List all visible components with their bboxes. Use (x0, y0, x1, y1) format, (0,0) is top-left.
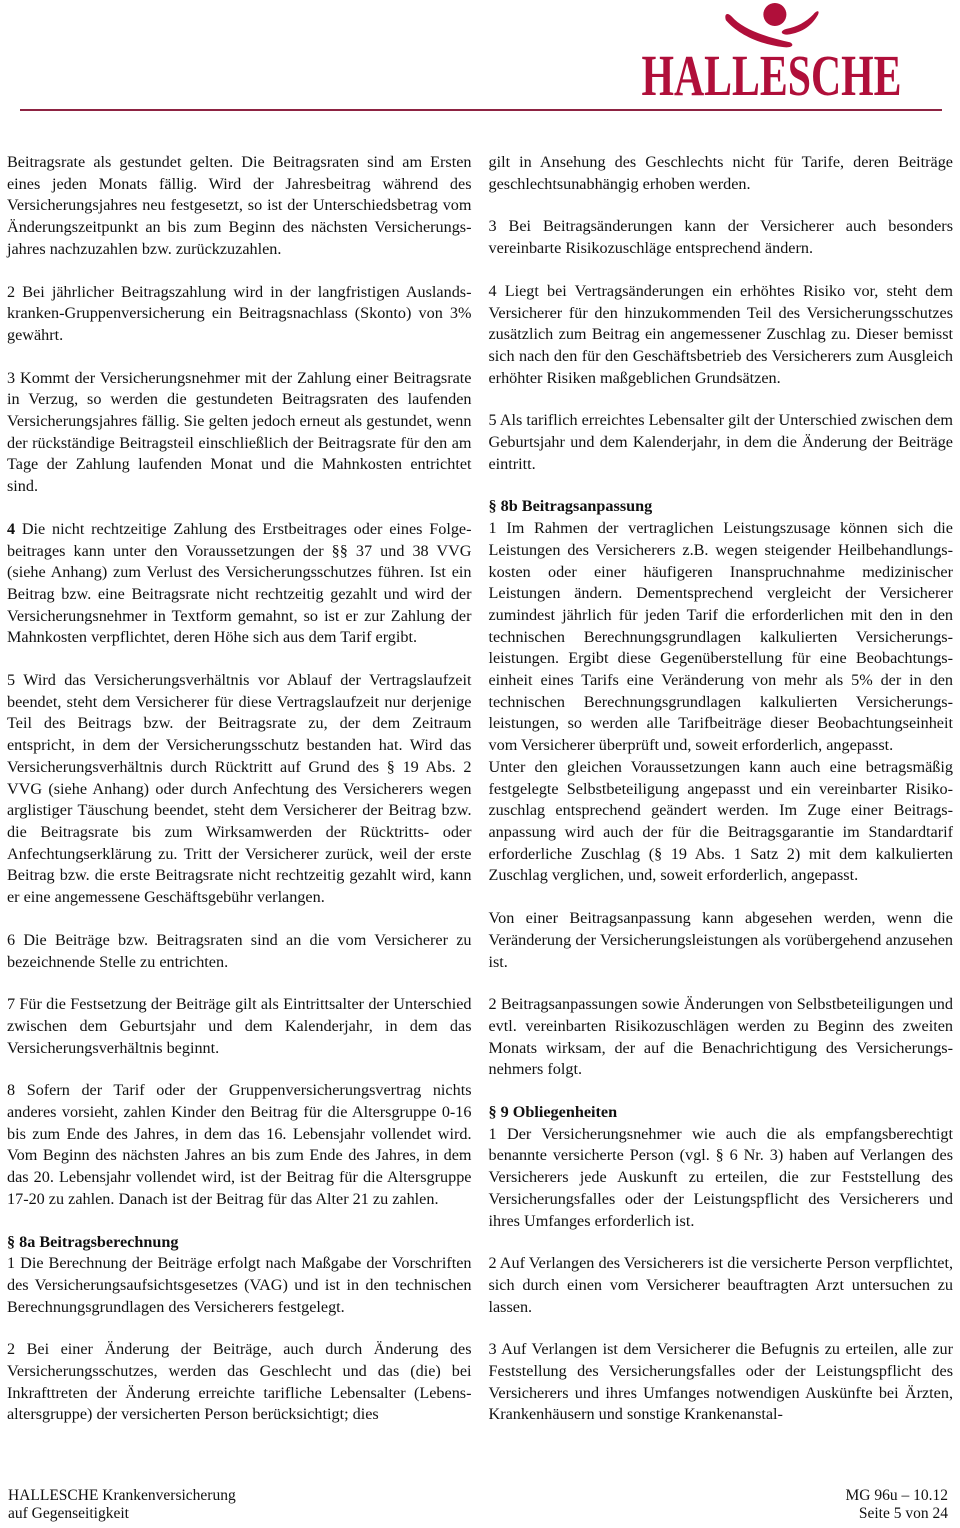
paragraph: 8 Sofern der Tarif oder der Gruppen­vers… (7, 1080, 472, 1210)
paragraph: 1 Im Rahmen der vertraglichen Leistungs­… (489, 518, 954, 757)
document-body: Beitragsrate als gestundet gelten. Die B… (7, 152, 953, 1447)
page-footer: HALLESCHE Krankenversicherung auf Gegens… (8, 1487, 948, 1522)
paragraph: 5 Wird das Versicherungs­verhältnis vor … (7, 670, 472, 909)
footer-company: HALLESCHE Krankenversicherung auf Gegens… (8, 1487, 236, 1522)
footer-company-line2: auf Gegenseitigkeit (8, 1505, 236, 1523)
section-heading-8b: § 8b Beitragsanpassung (489, 496, 954, 518)
paragraph: 3 Kommt der Versicherungs­nehmer mit der… (7, 368, 472, 498)
paragraph: 6 Die Beiträge bzw. Beitrags­raten sind … (7, 930, 472, 973)
paragraph: 1 Der Versicherungs­nehmer wie auch die … (489, 1124, 954, 1233)
left-column: Beitragsrate als gestundet gelten. Die B… (7, 152, 472, 1447)
section-heading-9: § 9 Obliegenheiten (489, 1102, 954, 1124)
paragraph-continuation: gilt in Ansehung des Geschlechts nicht f… (489, 152, 954, 195)
header-rule (20, 109, 942, 111)
paragraph: 2 Bei jährlicher Beitrags­zahlung wird i… (7, 282, 472, 347)
section-heading-8a: § 8a Beitragsberechnung (7, 1232, 472, 1254)
paragraph: 5 Als tariflich erreichtes Lebensalter g… (489, 410, 954, 475)
paragraph: 2 Bei einer Änderung der Beiträge, auch … (7, 1339, 472, 1426)
paragraph-number: 4 (7, 520, 15, 538)
hallesche-wordmark: HALLESCHE (642, 54, 902, 98)
paragraph-continuation: Beitragsrate als gestundet gelten. Die B… (7, 152, 472, 261)
footer-company-line1: HALLESCHE Krankenversicherung (8, 1487, 236, 1505)
paragraph: 4 Liegt bei Vertrags­änderungen ein erhö… (489, 281, 954, 390)
paragraph: 2 Auf Verlangen des Versicherers ist die… (489, 1253, 954, 1318)
paragraph: 3 Bei Beitrags­änderungen kann der Versi… (489, 216, 954, 259)
right-column: gilt in Ansehung des Geschlechts nicht f… (489, 152, 954, 1447)
document-page: HALLESCHE Beitragsrate als gestundet gel… (0, 0, 960, 1528)
paragraph: 7 Für die Festsetzung der Beiträge gilt … (7, 994, 472, 1059)
paragraph: 3 Auf Verlangen ist dem Versicherer die … (489, 1339, 954, 1426)
footer-doc-code: MG 96u – 10.12 (846, 1487, 948, 1505)
footer-page-number: Seite 5 von 24 (846, 1505, 948, 1523)
paragraph: Unter den gleichen Voraus­setzungen kann… (489, 757, 954, 887)
hallesche-logo: HALLESCHE (591, 2, 952, 98)
paragraph: Von einer Beitrags­anpassung kann abgese… (489, 908, 954, 973)
paragraph: 4 Die nicht rechtzeitige Zahlung des Ers… (7, 519, 472, 649)
footer-meta: MG 96u – 10.12 Seite 5 von 24 (846, 1487, 948, 1522)
paragraph: 1 Die Berechnung der Beiträge erfolgt na… (7, 1253, 472, 1318)
paragraph: 2 Beitrags­anpassungen sowie Änderungen … (489, 994, 954, 1081)
